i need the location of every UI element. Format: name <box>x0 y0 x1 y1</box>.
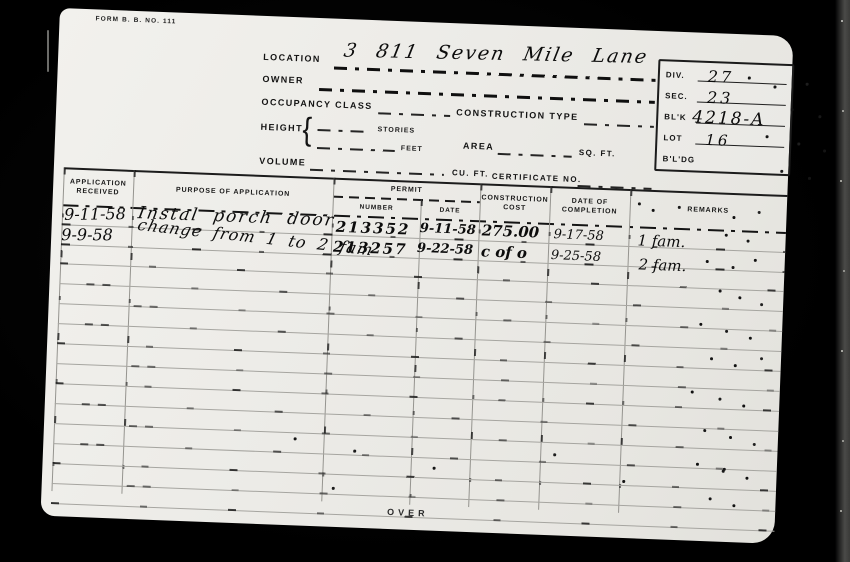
row1-permit-date: 9-11-58 <box>420 221 477 238</box>
row2-permit-date: 9-22-58 <box>417 241 474 258</box>
construction-type-line <box>584 123 654 128</box>
header-permit-date: DATE <box>420 200 480 220</box>
permits-table: APPLICATION RECEIVED PURPOSE OF APPLICAT… <box>51 167 787 525</box>
row1-completion: 9-17-58 <box>553 227 604 244</box>
certificate-no-label: CERTIFICATE NO. <box>492 172 582 184</box>
occupancy-class-label: OCCUPANCY CLASS <box>261 97 372 111</box>
location-label: LOCATION <box>263 52 321 64</box>
blk-label: BL'K <box>664 112 687 122</box>
owner-label: OWNER <box>262 74 304 86</box>
scan-speckles-top-right <box>748 76 751 79</box>
area-label: AREA <box>463 141 494 152</box>
scan-speckles-remarks <box>638 202 641 205</box>
header-application-received: APPLICATION RECEIVED <box>64 167 131 207</box>
microfilm-scan-background: FORM B. B. NO. 111 LOCATION 3 811 Seven … <box>0 0 850 562</box>
header-construction-cost: CONSTRUCTION COST <box>481 183 548 223</box>
height-label: HEIGHT <box>260 122 303 134</box>
location-value: 3 811 Seven Mile Lane <box>342 40 650 68</box>
permit-record-card: FORM B. B. NO. 111 LOCATION 3 811 Seven … <box>40 8 793 544</box>
row1-remarks: 1 fam. <box>637 231 685 251</box>
sec-label: SEC. <box>665 91 688 101</box>
sq-ft-label: SQ. FT. <box>579 148 616 158</box>
header-date-of-completion: DATE OF COMPLETION <box>554 186 625 226</box>
row2-cost: c of o <box>481 242 528 262</box>
row1-permit-number: 213352 <box>335 218 410 239</box>
cu-ft-label: CU. FT. <box>452 168 489 178</box>
bldg-label: B'L'DG <box>662 154 695 164</box>
row2-received: 9-9-58 <box>61 225 113 244</box>
bldg-row: B'L'DG <box>656 145 789 171</box>
film-scratch <box>47 30 49 72</box>
location-line <box>334 67 656 82</box>
form-number: FORM B. B. NO. 111 <box>95 15 176 25</box>
header-permit-number: NUMBER <box>332 197 421 218</box>
volume-line <box>310 169 444 176</box>
parcel-info-box: DIV. 27 SEC. 23 BL'K 4218-A LOT 16 B'L'D… <box>654 59 794 176</box>
volume-label: VOLUME <box>259 156 306 168</box>
div-label: DIV. <box>666 70 685 80</box>
lot-label: LOT <box>663 133 682 143</box>
row1-received: 9-11-58 <box>64 204 126 224</box>
construction-type-label: CONSTRUCTION TYPE <box>456 107 579 122</box>
area-line <box>498 153 572 158</box>
header-remarks: REMARKS <box>629 189 787 232</box>
feet-line <box>317 147 395 152</box>
feet-label: FEET <box>401 145 423 153</box>
film-edge-strip <box>835 0 850 562</box>
empty-rows <box>51 244 784 532</box>
stories-line <box>317 129 371 133</box>
height-brace: { <box>302 111 313 148</box>
occupancy-class-line <box>378 112 450 117</box>
stories-label: STORIES <box>377 126 415 134</box>
scan-speckles-bottom <box>294 437 297 440</box>
row1-cost: 275.00 <box>481 221 539 241</box>
